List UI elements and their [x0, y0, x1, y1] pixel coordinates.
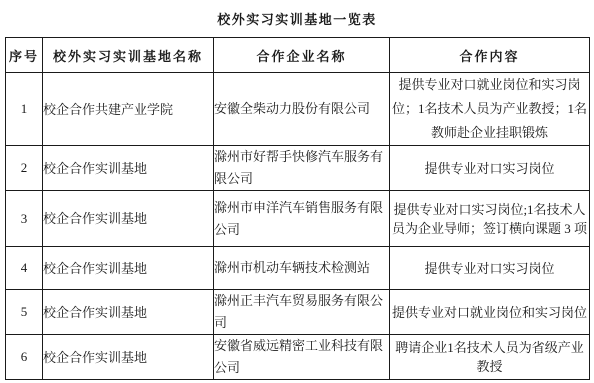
table-row: 3 校企合作实训基地 滁州市申洋汽车销售服务有限公司 提供专业对口实习岗位;1名…	[6, 191, 590, 247]
row-number-cell: 5	[6, 290, 43, 335]
cooperation-content-cell: 提供专业对口就业岗位和实习岗位	[390, 290, 590, 335]
row-number-cell: 1	[6, 73, 43, 146]
company-name-cell: 滁州市机动车辆技术检测站	[214, 247, 390, 290]
table-row: 5 校企合作实训基地 滁州正丰汽车贸易服务有限公司 提供专业对口就业岗位和实习岗…	[6, 290, 590, 335]
header-cell-company-name: 合作企业名称	[214, 38, 390, 73]
base-name-cell: 校企合作实训基地	[43, 290, 214, 335]
cooperation-content-cell: 提供专业对口实习岗位	[390, 146, 590, 191]
company-name-cell: 滁州市申洋汽车销售服务有限公司	[214, 191, 390, 247]
base-name-cell: 校企合作实训基地	[43, 191, 214, 247]
training-base-table: 序号 校外实习实训基地名称 合作企业名称 合作内容 1 校企合作共建产业学院 安…	[5, 37, 590, 380]
base-name-cell: 校企合作实训基地	[43, 335, 214, 380]
company-name-cell: 安徽省威远精密工业科技有限公司	[214, 335, 390, 380]
header-cell-no: 序号	[6, 38, 43, 73]
table-row: 6 校企合作实训基地 安徽省威远精密工业科技有限公司 聘请企业1名技术人员为省级…	[6, 335, 590, 380]
table-row: 4 校企合作实训基地 滁州市机动车辆技术检测站 提供专业对口实习岗位	[6, 247, 590, 290]
header-cell-base-name: 校外实习实训基地名称	[43, 38, 214, 73]
page-title: 校外实习实训基地一览表	[0, 11, 594, 29]
cooperation-content-cell: 提供专业对口就业岗位和实习岗位；1名技术人员为产业教授；1名教师赴企业挂职锻炼	[390, 73, 590, 146]
company-name-cell: 滁州正丰汽车贸易服务有限公司	[214, 290, 390, 335]
company-name-cell: 安徽全柴动力股份有限公司	[214, 73, 390, 146]
base-name-cell: 校企合作实训基地	[43, 247, 214, 290]
table-row: 2 校企合作实训基地 滁州市好帮手快修汽车服务有限公司 提供专业对口实习岗位	[6, 146, 590, 191]
cooperation-content-cell: 聘请企业1名技术人员为省级产业教授	[390, 335, 590, 380]
row-number-cell: 2	[6, 146, 43, 191]
row-number-cell: 3	[6, 191, 43, 247]
row-number-cell: 4	[6, 247, 43, 290]
base-name-cell: 校企合作共建产业学院	[43, 73, 214, 146]
company-name-cell: 滁州市好帮手快修汽车服务有限公司	[214, 146, 390, 191]
cooperation-content-cell: 提供专业对口实习岗位;1名技术人员为企业导师；签订横向课题 3 项	[390, 191, 590, 247]
cooperation-content-cell: 提供专业对口实习岗位	[390, 247, 590, 290]
base-name-cell: 校企合作实训基地	[43, 146, 214, 191]
header-cell-cooperation-content: 合作内容	[390, 38, 590, 73]
table-row: 1 校企合作共建产业学院 安徽全柴动力股份有限公司 提供专业对口就业岗位和实习岗…	[6, 73, 590, 146]
row-number-cell: 6	[6, 335, 43, 380]
table-header-row: 序号 校外实习实训基地名称 合作企业名称 合作内容	[6, 38, 590, 73]
